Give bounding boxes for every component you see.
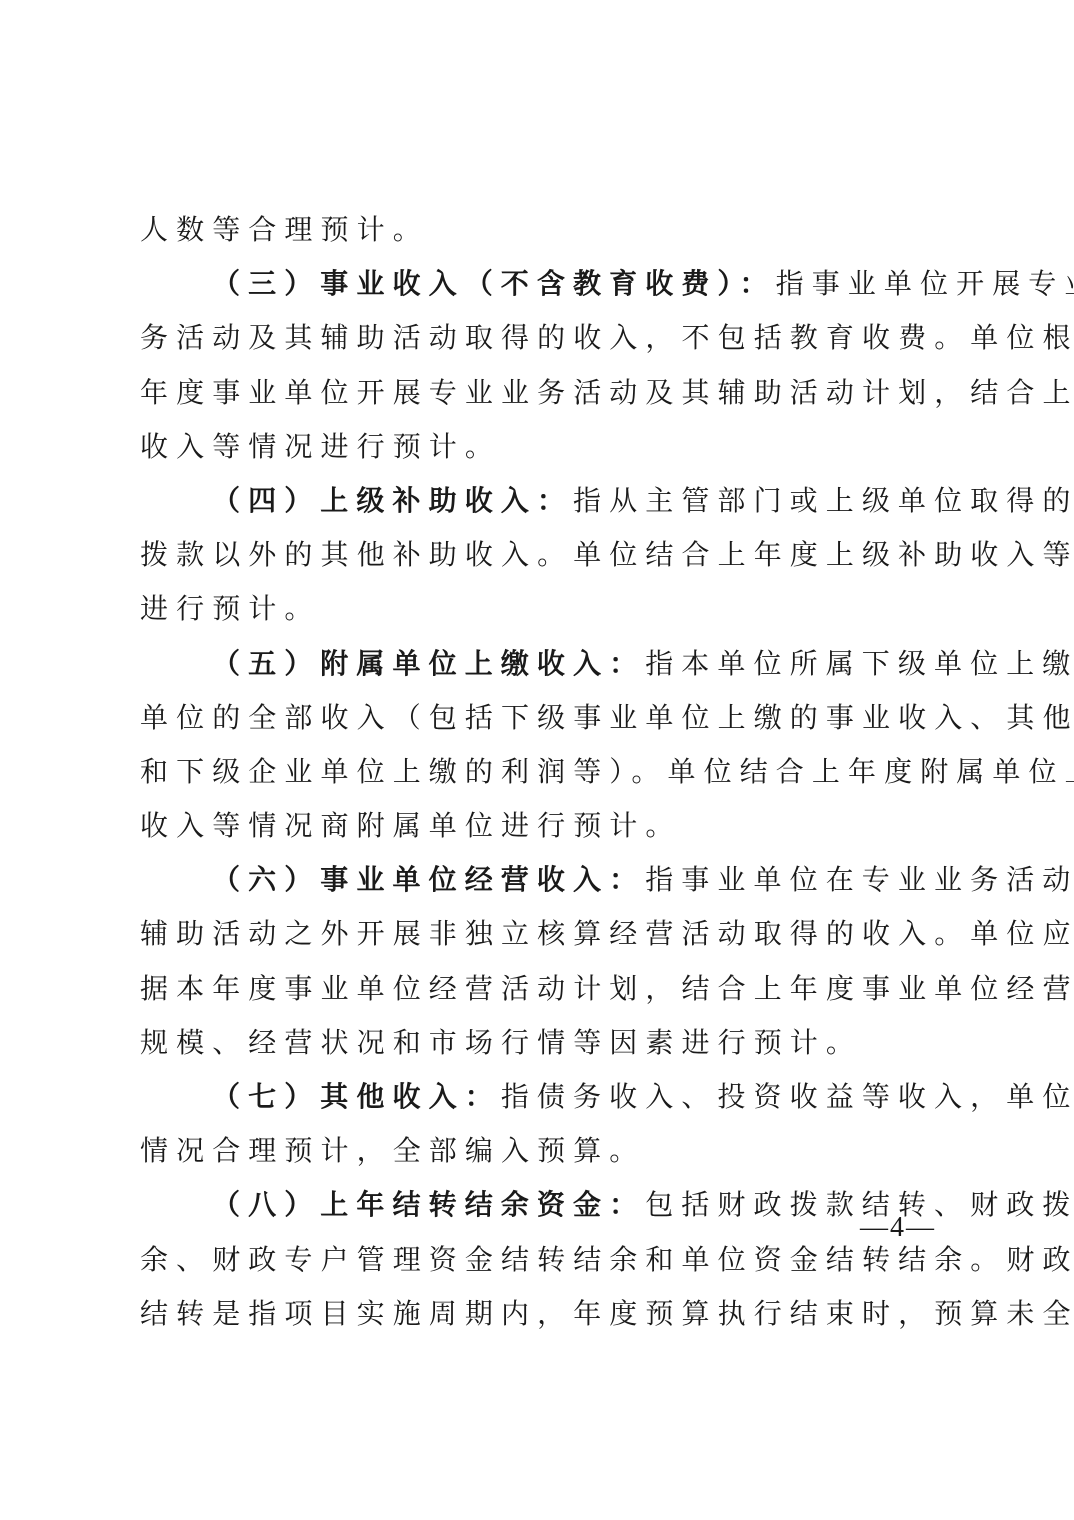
body-line: 和下级企业单位上缴的利润等）。单位结合上年度附属单位上缴 — [140, 745, 940, 799]
document-page: 人数等合理预计。 （三）事业收入（不含教育收费）：指事业单位开展专业业 务活动及… — [0, 0, 1074, 1520]
line-text: 务活动及其辅助活动取得的收入，不包括教育收费。单位根据本 — [140, 321, 1074, 354]
line-text: 进行预计。 — [140, 592, 321, 625]
section-heading-line: （七）其他收入：指债务收入、投资收益等收入，单位根据 — [140, 1070, 940, 1124]
line-text: 和下级企业单位上缴的利润等）。单位结合上年度附属单位上缴 — [140, 755, 1074, 788]
body-line: 人数等合理预计。 — [140, 203, 940, 257]
line-text: 情况合理预计，全部编入预算。 — [140, 1134, 645, 1167]
page-number: —4— — [860, 1212, 936, 1244]
section-heading: （六）事业单位经营收入： — [212, 863, 645, 896]
section-heading: （七）其他收入： — [212, 1080, 501, 1113]
section-heading: （八）上年结转结余资金： — [212, 1188, 645, 1221]
line-text: 单位的全部收入（包括下级事业单位上缴的事业收入、其他收入 — [140, 701, 1074, 734]
line-text: 辅助活动之外开展非独立核算经营活动取得的收入。单位应当根 — [140, 917, 1074, 950]
section-heading: （三）事业收入（不含教育收费）： — [212, 267, 776, 300]
line-text: 指从主管部门或上级单位取得的财政 — [573, 484, 1074, 517]
section-heading-line: （五）附属单位上缴收入：指本单位所属下级单位上缴给本 — [140, 637, 940, 691]
body-line: 情况合理预计，全部编入预算。 — [140, 1124, 940, 1178]
line-text: 指债务收入、投资收益等收入，单位根据 — [501, 1080, 1074, 1113]
section-heading: （四）上级补助收入： — [212, 484, 573, 517]
line-text: 指事业单位开展专业业 — [776, 267, 1074, 300]
line-text: 余、财政专户管理资金结转结余和单位资金结转结余。财政拨款 — [140, 1243, 1074, 1276]
body-line: 年度事业单位开展专业业务活动及其辅助活动计划，结合上年度 — [140, 366, 940, 420]
line-text: 收入等情况商附属单位进行预计。 — [140, 809, 682, 842]
line-text: 拨款以外的其他补助收入。单位结合上年度上级补助收入等情况 — [140, 538, 1074, 571]
body-line: 余、财政专户管理资金结转结余和单位资金结转结余。财政拨款 — [140, 1233, 940, 1287]
line-text: 规模、经营状况和市场行情等因素进行预计。 — [140, 1026, 862, 1059]
line-text: 指事业单位在专业业务活动及其 — [645, 863, 1074, 896]
document-body: 人数等合理预计。 （三）事业收入（不含教育收费）：指事业单位开展专业业 务活动及… — [140, 203, 940, 1341]
body-line: 辅助活动之外开展非独立核算经营活动取得的收入。单位应当根 — [140, 907, 940, 961]
body-line: 结转是指项目实施周期内，年度预算执行结束时，预算未全部执 — [140, 1287, 940, 1341]
body-line: 收入等情况商附属单位进行预计。 — [140, 799, 940, 853]
body-line: 进行预计。 — [140, 582, 940, 636]
body-line: 单位的全部收入（包括下级事业单位上缴的事业收入、其他收入 — [140, 691, 940, 745]
section-heading-line: （四）上级补助收入：指从主管部门或上级单位取得的财政 — [140, 474, 940, 528]
line-text: 指本单位所属下级单位上缴给本 — [645, 647, 1074, 680]
line-text: 据本年度事业单位经营活动计划，结合上年度事业单位经营收入 — [140, 972, 1074, 1005]
line-text: 人数等合理预计。 — [140, 213, 429, 246]
body-line: 拨款以外的其他补助收入。单位结合上年度上级补助收入等情况 — [140, 528, 940, 582]
line-text: 年度事业单位开展专业业务活动及其辅助活动计划，结合上年度 — [140, 376, 1074, 409]
body-line: 规模、经营状况和市场行情等因素进行预计。 — [140, 1016, 940, 1070]
section-heading-line: （三）事业收入（不含教育收费）：指事业单位开展专业业 — [140, 257, 940, 311]
body-line: 据本年度事业单位经营活动计划，结合上年度事业单位经营收入 — [140, 962, 940, 1016]
section-heading-line: （六）事业单位经营收入：指事业单位在专业业务活动及其 — [140, 853, 940, 907]
body-line: 收入等情况进行预计。 — [140, 420, 940, 474]
line-text: 结转是指项目实施周期内，年度预算执行结束时，预算未全部执 — [140, 1297, 1074, 1330]
section-heading-line: （八）上年结转结余资金：包括财政拨款结转、财政拨款结 — [140, 1178, 940, 1232]
body-line: 务活动及其辅助活动取得的收入，不包括教育收费。单位根据本 — [140, 311, 940, 365]
section-heading: （五）附属单位上缴收入： — [212, 647, 645, 680]
line-text: 收入等情况进行预计。 — [140, 430, 501, 463]
